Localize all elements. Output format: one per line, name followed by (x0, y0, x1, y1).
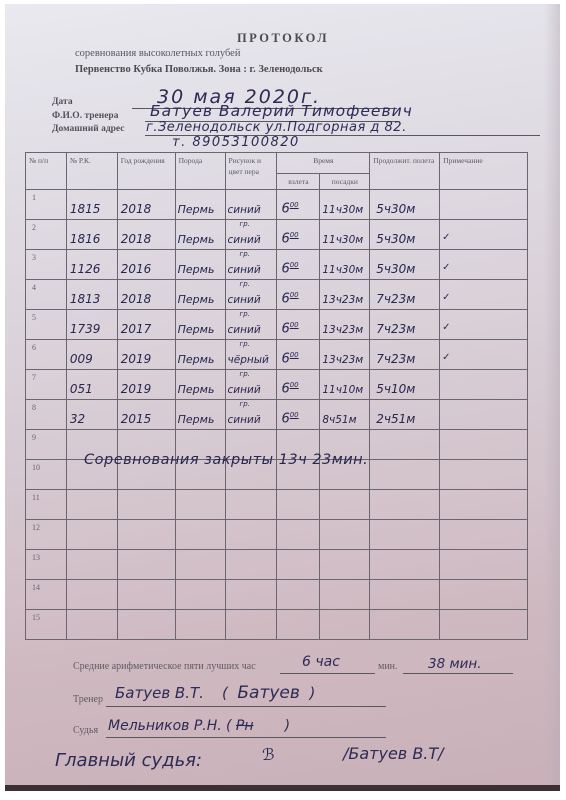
table-row: 517392017Пермьгр.синий60013ч23м7ч23м✓ (26, 310, 528, 340)
cell-year (117, 520, 175, 550)
birth-year: 2017 (121, 322, 152, 336)
cell-duration: 5ч30м (370, 190, 440, 220)
row-number: 9 (32, 433, 36, 442)
takeoff-hour: 6 (281, 351, 289, 366)
cell-ring: 1813 (66, 280, 117, 310)
takeoff-minutes: 00 (290, 351, 299, 359)
landing-time: 11ч30м (322, 204, 363, 216)
cell-note (440, 190, 528, 220)
ring-number: 009 (70, 352, 93, 366)
cell-year: 2018 (117, 280, 175, 310)
cell-note (440, 580, 528, 610)
cell-landing: 11ч30м (320, 190, 370, 220)
cell-takeoff: 600 (277, 310, 320, 340)
ring-number: 1815 (70, 202, 101, 216)
check-mark-icon: ✓ (442, 262, 450, 273)
cell-breed: Пермь (175, 250, 225, 280)
cell-year: 2016 (117, 250, 175, 280)
average-label: Средние арифметическое пяти лучших час (73, 661, 256, 672)
cell-duration: 7ч23м (370, 280, 440, 310)
cell-duration (370, 580, 440, 610)
cell-ring (66, 610, 117, 640)
championship-line: Первенство Кубка Поволжья. Зона : г. Зел… (75, 64, 323, 75)
row-number: 1 (32, 193, 36, 202)
cell-breed: Пермь (175, 340, 225, 370)
check-mark-icon: ✓ (442, 292, 450, 303)
cell-takeoff (277, 550, 320, 580)
cell-ring: 1816 (66, 220, 117, 250)
cell-num: 12 (26, 520, 67, 550)
breed: Пермь (178, 233, 215, 246)
cell-year (117, 550, 175, 580)
table-row: 14 (26, 580, 528, 610)
cell-num: 7 (26, 370, 67, 400)
takeoff-minutes: 00 (290, 381, 299, 389)
color-note: гр. (240, 340, 250, 348)
cell-num: 5 (26, 310, 67, 340)
feather-color: синий (228, 294, 261, 306)
table-row: 11 (26, 490, 528, 520)
cell-ring: 32 (66, 400, 117, 430)
takeoff-minutes: 00 (290, 201, 299, 209)
table-row: 15 (26, 610, 528, 640)
header-takeoff: взлета (277, 174, 320, 190)
row-number: 6 (32, 343, 36, 352)
takeoff-minutes: 00 (290, 291, 299, 299)
row-number: 13 (32, 553, 40, 562)
cell-duration (370, 490, 440, 520)
cell-num: 14 (26, 580, 67, 610)
chief-judge-label: Главный судья: (55, 750, 202, 771)
cell-landing: 8ч51м (320, 400, 370, 430)
cell-landing (320, 520, 370, 550)
chief-judge-signature: ℬ (262, 745, 275, 764)
cell-duration: 5ч30м (370, 250, 440, 280)
header-note: Примечание (440, 153, 528, 190)
cell-duration: 2ч51м (370, 400, 440, 430)
cell-note: ✓ (440, 250, 528, 280)
feather-color: синий (228, 264, 261, 276)
cell-color: гр.чёрный (225, 340, 277, 370)
cell-takeoff: 600 (277, 400, 320, 430)
takeoff-hour: 6 (281, 411, 289, 426)
row-number: 7 (32, 373, 36, 382)
birth-year: 2015 (121, 412, 152, 426)
row-number: 12 (32, 523, 40, 532)
takeoff-hour: 6 (281, 381, 289, 396)
cell-note (440, 400, 528, 430)
header-duration: Продолжит. полета (370, 153, 440, 190)
birth-year: 2018 (121, 202, 152, 216)
cell-takeoff: 600 (277, 220, 320, 250)
cell-duration (370, 550, 440, 580)
cell-takeoff (277, 610, 320, 640)
trainer-name-label: Ф.И.О. тренера (52, 111, 118, 121)
minutes-label: мин. (378, 661, 398, 672)
cell-ring: 1739 (66, 310, 117, 340)
cell-num: 13 (26, 550, 67, 580)
table-row: 311262016Пермьгр.синий60011ч30м5ч30м✓ (26, 250, 528, 280)
cell-color: гр.синий (225, 250, 277, 280)
cell-takeoff: 600 (277, 340, 320, 370)
cell-duration (370, 610, 440, 640)
takeoff-minutes: 00 (290, 231, 299, 239)
cell-ring: 1815 (66, 190, 117, 220)
cell-num: 3 (26, 250, 67, 280)
cell-color (225, 610, 277, 640)
row-number: 4 (32, 283, 36, 292)
document-title: ПРОТОКОЛ (0, 31, 566, 46)
results-table: № п/п № Р.К. Год рождения Порода Рисунок… (25, 152, 528, 640)
landing-time: 11ч30м (322, 234, 363, 246)
chief-judge-name: /Батуев В.Т/ (343, 744, 444, 763)
ring-number: 1126 (70, 262, 101, 276)
landing-time: 13ч23м (322, 354, 363, 366)
row-number: 14 (32, 583, 40, 592)
table-row: 8322015Пермьгр.синий6008ч51м2ч51м (26, 400, 528, 430)
takeoff-minutes: 00 (290, 321, 299, 329)
birth-year: 2018 (121, 292, 152, 306)
cell-duration (370, 520, 440, 550)
cell-ring (66, 490, 117, 520)
header-ring: № Р.К. (66, 153, 117, 190)
cell-year (117, 490, 175, 520)
cell-landing: 11ч30м (320, 220, 370, 250)
cell-duration (370, 460, 440, 490)
cell-year (117, 580, 175, 610)
cell-breed: Пермь (175, 370, 225, 400)
cell-takeoff (277, 580, 320, 610)
takeoff-minutes: 00 (290, 411, 299, 419)
ring-number: 1739 (70, 322, 101, 336)
takeoff-hour: 6 (281, 261, 289, 276)
average-hours-underline (280, 673, 375, 674)
cell-note (440, 370, 528, 400)
cell-num: 10 (26, 460, 67, 490)
row-number: 10 (32, 463, 40, 472)
judge-label: Судья (73, 725, 98, 736)
cell-landing: 11ч10м (320, 370, 370, 400)
cell-color (225, 490, 277, 520)
row-number: 3 (32, 253, 36, 262)
trainer-sign-name: Батуев В.Т. (115, 684, 204, 702)
breed: Пермь (178, 353, 215, 366)
breed: Пермь (178, 383, 215, 396)
cell-ring: 009 (66, 340, 117, 370)
landing-time: 13ч23м (322, 324, 363, 336)
header-time: Время (277, 153, 370, 174)
flight-duration: 7ч23м (376, 292, 415, 306)
row-number: 2 (32, 223, 36, 232)
cell-note (440, 430, 528, 460)
cell-year: 2015 (117, 400, 175, 430)
cell-num: 9 (26, 430, 67, 460)
cell-year: 2019 (117, 340, 175, 370)
color-note: гр. (240, 310, 250, 318)
table-row: 118152018Пермьсиний60011ч30м5ч30м (26, 190, 528, 220)
cell-color: гр.синий (225, 280, 277, 310)
cell-duration: 5ч30м (370, 220, 440, 250)
cell-ring: 1126 (66, 250, 117, 280)
header-num: № п/п (26, 153, 67, 190)
check-mark-icon: ✓ (442, 322, 450, 333)
takeoff-hour: 6 (281, 321, 289, 336)
takeoff-hour: 6 (281, 291, 289, 306)
birth-year: 2019 (121, 382, 152, 396)
birth-year: 2019 (121, 352, 152, 366)
cell-note (440, 520, 528, 550)
judge-underline (106, 737, 386, 738)
table-row: 418132018Пермьгр.синий60013ч23м7ч23м✓ (26, 280, 528, 310)
landing-time: 11ч10м (322, 384, 363, 396)
cell-duration (370, 430, 440, 460)
feather-color: синий (228, 234, 261, 246)
takeoff-minutes: 00 (290, 261, 299, 269)
cell-breed: Пермь (175, 310, 225, 340)
cell-color: гр.синий (225, 400, 277, 430)
cell-landing (320, 580, 370, 610)
judge-name: Мельников Р.Н. (108, 718, 222, 734)
ring-number: 1816 (70, 232, 101, 246)
cell-breed (175, 610, 225, 640)
cell-num: 6 (26, 340, 67, 370)
landing-time: 8ч51м (322, 414, 356, 426)
flight-duration: 7ч23м (376, 322, 415, 336)
header-color: Рисунок и цвет пера (225, 153, 277, 190)
cell-year: 2017 (117, 310, 175, 340)
competition-closed-note: Соревнования закрыты 13ч 23мин. (84, 452, 368, 468)
breed: Пермь (178, 413, 215, 426)
cell-num: 15 (26, 610, 67, 640)
row-number: 11 (32, 493, 40, 502)
check-mark-icon: ✓ (442, 352, 450, 363)
cell-note: ✓ (440, 310, 528, 340)
cell-landing (320, 550, 370, 580)
phone-value: т. 89053100820 (172, 135, 300, 150)
row-number: 15 (32, 613, 40, 622)
cell-landing (320, 610, 370, 640)
cell-breed: Пермь (175, 400, 225, 430)
cell-note: ✓ (440, 280, 528, 310)
cell-takeoff: 600 (277, 370, 320, 400)
landing-time: 13ч23м (322, 294, 363, 306)
cell-breed (175, 490, 225, 520)
cell-num: 8 (26, 400, 67, 430)
row-number: 8 (32, 403, 36, 412)
judge-signature: ( Рн ) (226, 718, 290, 734)
cell-ring (66, 550, 117, 580)
breed: Пермь (178, 323, 215, 336)
flight-duration: 5ч30м (376, 262, 415, 276)
cell-year: 2019 (117, 370, 175, 400)
ring-number: 32 (70, 412, 85, 426)
cell-note: ✓ (440, 220, 528, 250)
cell-color: гр.синий (225, 220, 277, 250)
cell-breed: Пермь (175, 220, 225, 250)
cell-landing: 13ч23м (320, 280, 370, 310)
breed: Пермь (178, 293, 215, 306)
cell-breed (175, 520, 225, 550)
header-year: Год рождения (117, 153, 175, 190)
cell-color: гр.синий (225, 370, 277, 400)
takeoff-hour: 6 (281, 231, 289, 246)
flight-duration: 5ч30м (376, 232, 415, 246)
trainer-signature: ( Батуев ) (222, 683, 315, 703)
birth-year: 2016 (121, 262, 152, 276)
table-row: 218162018Пермьгр.синий60011ч30м5ч30м✓ (26, 220, 528, 250)
header-landing: посадки (320, 174, 370, 190)
flight-duration: 5ч30м (376, 202, 415, 216)
cell-note (440, 460, 528, 490)
feather-color: синий (228, 324, 261, 336)
cell-breed: Пермь (175, 190, 225, 220)
table-row: 12 (26, 520, 528, 550)
check-mark-icon: ✓ (442, 232, 450, 243)
cell-note (440, 610, 528, 640)
table-row: 60092019Пермьгр.чёрный60013ч23м7ч23м✓ (26, 340, 528, 370)
cell-takeoff: 600 (277, 190, 320, 220)
address-value: г.Зеленодольск ул.Подгорная д 82. (146, 120, 407, 135)
cell-duration: 5ч10м (370, 370, 440, 400)
average-minutes-value: 38 мин. (428, 656, 482, 672)
landing-time: 11ч30м (322, 264, 363, 276)
cell-duration: 7ч23м (370, 310, 440, 340)
cell-year (117, 610, 175, 640)
cell-ring: 051 (66, 370, 117, 400)
flight-duration: 7ч23м (376, 352, 415, 366)
header-breed: Порода (175, 153, 225, 190)
breed: Пермь (178, 203, 215, 216)
feather-color: синий (228, 204, 261, 216)
cell-color (225, 580, 277, 610)
feather-color: синий (228, 384, 261, 396)
average-hours-value: 6 час (302, 654, 340, 670)
cell-note (440, 490, 528, 520)
cell-color: гр.синий (225, 310, 277, 340)
cell-takeoff: 600 (277, 250, 320, 280)
trainer-sign-underline (106, 706, 386, 707)
page-edge-shadow (544, 4, 560, 791)
cell-num: 4 (26, 280, 67, 310)
cell-note (440, 550, 528, 580)
cell-color: синий (225, 190, 277, 220)
color-note: гр. (240, 280, 250, 288)
takeoff-hour: 6 (281, 201, 289, 216)
flight-duration: 2ч51м (376, 412, 415, 426)
cell-year: 2018 (117, 190, 175, 220)
cell-breed (175, 550, 225, 580)
cell-takeoff: 600 (277, 280, 320, 310)
breed: Пермь (178, 263, 215, 276)
color-note: гр. (240, 400, 250, 408)
cell-takeoff (277, 490, 320, 520)
ring-number: 051 (70, 382, 93, 396)
feather-color: синий (228, 414, 261, 426)
ring-number: 1813 (70, 292, 101, 306)
birth-year: 2018 (121, 232, 152, 246)
date-label: Дата (52, 97, 73, 107)
cell-duration: 7ч23м (370, 340, 440, 370)
trainer-name-value: Батуев Валерий Тимофеевич (150, 102, 413, 120)
cell-landing (320, 490, 370, 520)
cell-color (225, 550, 277, 580)
trainer-sign-label: Тренер (73, 694, 103, 705)
document-subtitle: соревнования высоколетных голубей (75, 48, 240, 59)
table-row: 13 (26, 550, 528, 580)
color-note: гр. (240, 250, 250, 258)
color-note: гр. (240, 220, 250, 228)
cell-color (225, 520, 277, 550)
feather-color: чёрный (228, 354, 269, 366)
cell-num: 11 (26, 490, 67, 520)
cell-year: 2018 (117, 220, 175, 250)
average-minutes-underline (403, 673, 513, 674)
cell-ring (66, 580, 117, 610)
cell-breed: Пермь (175, 280, 225, 310)
flight-duration: 5ч10м (376, 382, 415, 396)
cell-landing: 11ч30м (320, 250, 370, 280)
table-row: 70512019Пермьгр.синий60011ч10м5ч10м (26, 370, 528, 400)
color-note: гр. (240, 370, 250, 378)
cell-ring (66, 520, 117, 550)
cell-num: 1 (26, 190, 67, 220)
cell-takeoff (277, 520, 320, 550)
address-label: Домашний адрес (52, 124, 124, 134)
cell-note: ✓ (440, 340, 528, 370)
row-number: 5 (32, 313, 36, 322)
cell-num: 2 (26, 220, 67, 250)
cell-landing: 13ч23м (320, 310, 370, 340)
cell-landing: 13ч23м (320, 340, 370, 370)
cell-breed (175, 580, 225, 610)
